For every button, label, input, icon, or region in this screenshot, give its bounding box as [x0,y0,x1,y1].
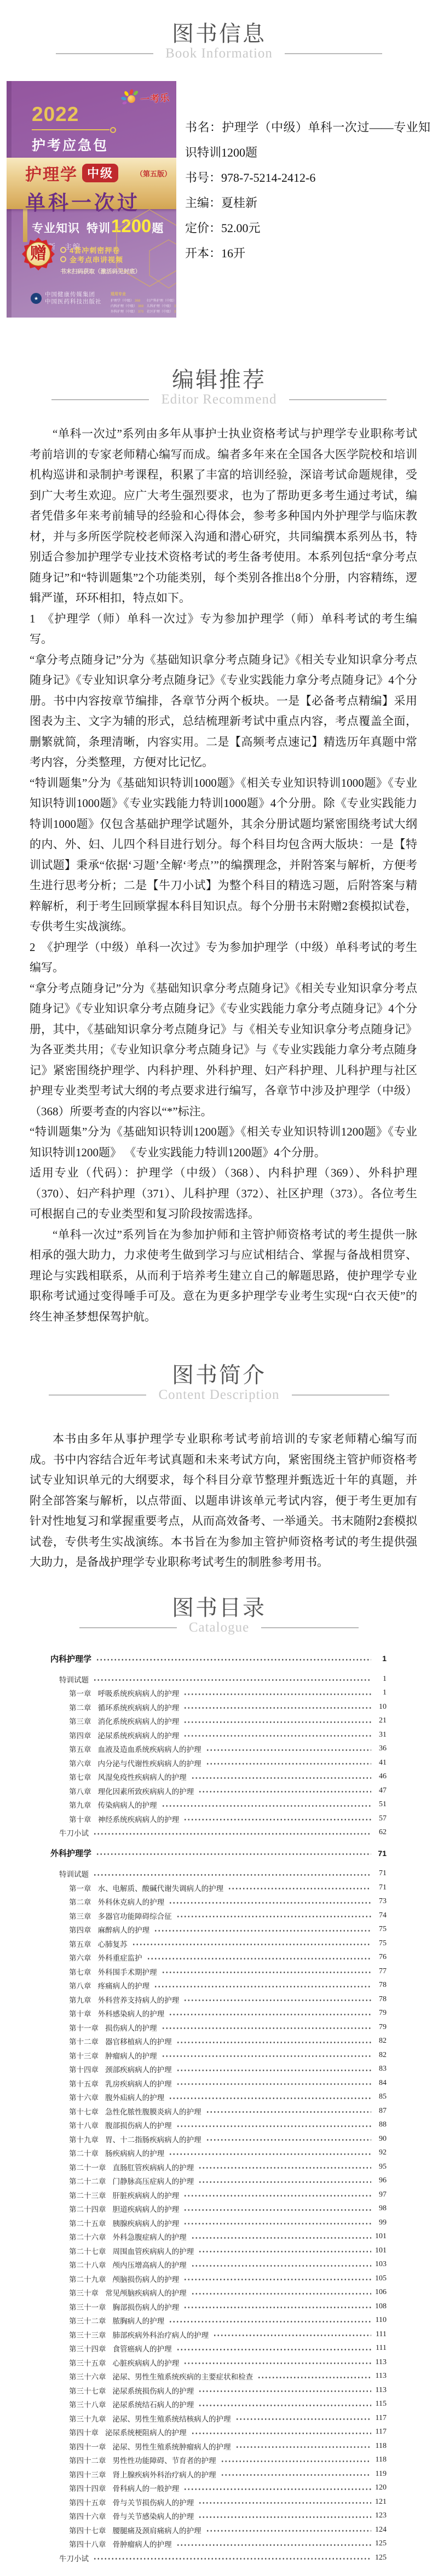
toc-chapter-label: 第四十二章 [69,2454,106,2465]
toc-title: 乳房疾病病人的护理 [105,2078,172,2089]
toc-page-number: 117 [373,2414,387,2423]
toc-row: 第十七章急性化脓性腹膜炎病人的护理87 [50,2104,387,2118]
toc-title: 肿瘤病人的护理 [105,2050,157,2061]
toc-row: 第十四章颈部疾病病人的护理83 [50,2062,387,2077]
toc-page-number: 79 [373,2009,387,2018]
toc-dot-leader [191,2286,371,2300]
section-heading-content-description: 图书简介 Content Description [0,1363,438,1403]
toc-chapter-label: 第七章 [69,1966,91,1977]
toc-page-number: 88 [373,2120,387,2129]
toc-chapter-label: 第二十五章 [69,2217,106,2228]
toc-page-number: 21 [373,1716,387,1725]
toc-row: 第六章内分泌与代谢性疾病病人的护理41 [50,1756,387,1770]
table-of-contents: 内科护理学1特训试题1第一章呼吸系统疾病病人的护理1第二章循环系统疾病病人的护理… [50,1652,387,2565]
toc-dot-leader [169,2007,371,2021]
toc-page-number: 121 [373,2498,387,2506]
toc-page-number: 75 [373,1939,387,1948]
toc-chapter-label: 第六章 [69,1952,91,1963]
toc-row: 第二十三章肝脏疾病病人的护理97 [50,2188,387,2202]
toc-row: 第四章泌尿系统疾病病人的护理31 [50,1728,387,1742]
book-info-section: 一考乐 2022 护考应急包 护理学 中级 （第五版） 单科一次过 专业知识 特… [7,81,438,318]
toc-chapter-label: 第二章 [69,1702,91,1713]
toc-row: 内科护理学1 [50,1652,387,1666]
applicable-item: 外科护理（中级）370 [111,309,143,314]
toc-chapter-label: 第三十六章 [69,2371,106,2382]
toc-title: 外科护理学 [50,1847,91,1859]
toc-row: 第一章水、电解质、酸碱代谢失调病人的护理71 [50,1881,387,1895]
toc-chapter-label: 第三十五章 [69,2357,106,2368]
toc-dot-leader [221,2453,371,2468]
toc-chapter-label: 第四十八章 [69,2538,106,2549]
section-heading-editor-recommend: 编辑推荐 Editor Recommend [0,368,438,407]
toc-row: 第四十八章骨肿瘤病人的护理125 [50,2537,387,2551]
toc-dot-leader [154,1923,371,1937]
toc-chapter-label: 第五章 [69,1938,91,1949]
applicable-item: 妇产科护理（中级）371 [147,298,176,303]
toc-dot-leader [176,2118,371,2133]
heading-divider-left [56,53,153,54]
toc-dot-leader [198,2244,371,2258]
toc-page-number: 118 [373,2456,387,2464]
cover-title-main: 护理学 [25,161,78,185]
toc-title: 呼吸系统疾病病人的护理 [98,1687,180,1698]
toc-dot-leader [257,2370,371,2384]
toc-chapter-label: 第二十九章 [69,2273,106,2284]
toc-dot-leader [132,1937,371,1951]
book-meta-field: 书名：护理学（中级）单科一次过——专业知识特训1200题 [185,115,430,165]
toc-row: 第五章血液及造血系统疾病病人的护理36 [50,1742,387,1756]
cover-gold-band: 护理学 中级 （第五版） 单科一次过 [7,158,176,209]
toc-dot-leader [183,2272,371,2286]
toc-page-number: 83 [373,2065,387,2073]
toc-dot-leader [198,2509,371,2523]
heading-divider-right [261,1627,359,1628]
toc-chapter-label: 第二十三章 [69,2189,106,2200]
toc-title: 直肠肛管疾病病人的护理 [113,2162,194,2172]
recommend-paragraph: “单科一次过”系列由多年从事护士执业资格考试与护理学专业职称考试考前培训的专家老… [30,424,417,609]
toc-chapter-label: 第二十二章 [69,2175,106,2186]
toc-dot-leader [176,2342,371,2356]
toc-page-number: 47 [373,1787,387,1795]
toc-row: 第七章风湿免疫性疾病病人的护理46 [50,1770,387,1784]
toc-title: 心肺复苏 [98,1938,128,1949]
toc-chapter-label: 第二十四章 [69,2203,106,2214]
toc-row: 第二章循环系统疾病病人的护理10 [50,1700,387,1714]
toc-page-number: 73 [373,1897,387,1906]
toc-title: 骨与关节损伤病人的护理 [113,2497,194,2508]
toc-title: 腰腿痛及颈肩痛病人的护理 [113,2525,201,2535]
toc-title: 水、电解质、酸碱代谢失调病人的护理 [98,1882,224,1893]
toc-page-number: 1 [373,1675,387,1684]
toc-chapter-label: 第十五章 [69,2078,99,2089]
toc-title: 颅脑损伤病人的护理 [113,2273,180,2284]
toc-dot-leader [235,2411,371,2425]
section-title-en: Content Description [158,1387,279,1403]
applicable-name: 内科护理（中级） [111,303,137,308]
field-label: 定价： [185,221,221,235]
toc-title: 肾上腺疾病外科治疗病人的护理 [113,2469,216,2480]
toc-page-number: 57 [373,1814,387,1823]
toc-dot-leader [206,2132,371,2146]
section-title-zh: 编辑推荐 [0,368,438,392]
toc-page-number: 77 [373,1967,387,1976]
toc-title: 泌尿系统结石病人的护理 [113,2399,194,2410]
toc-dot-leader [169,2090,371,2105]
toc-row: 第二十五章胰腺疾病病人的护理99 [50,2216,387,2230]
content-description-text: 本书由多年从事护理学专业职称考试考前培训的专家老师精心编写而成。书中内容结合近年… [30,1429,417,1573]
book-meta-field: 定价：52.00元 [185,216,430,241]
toc-title: 多器官功能障碍综合征 [98,1910,172,1921]
toc-title: 腹部损伤病人的护理 [105,2119,172,2130]
toc-page-number: 84 [373,2079,387,2088]
toc-title: 牛刀小试 [59,1827,89,1838]
toc-row: 外科护理学71 [50,1846,387,1860]
toc-row: 第六章外科重症监护76 [50,1951,387,1965]
field-value: 护理学（中级）单科一次过——专业知识特训1200题 [185,120,430,159]
toc-chapter-label: 第四十五章 [69,2497,106,2508]
publisher-name: 中国医药科技出版社 [45,298,102,306]
toc-row: 第三十章常见颅脑疾病病人的护理106 [50,2286,387,2300]
toc-row: 第九章外科营养支持病人的护理78 [50,1992,387,2007]
toc-title: 胃、十二指肠疾病病人的护理 [105,2134,201,2145]
sun-icon [125,91,138,105]
recommend-paragraph: “单科一次过”系列旨在为参加护师和主管护师资格考试的考生提供一脉相承的强大助力，… [30,1225,417,1328]
toc-row: 第八章疼痛病人的护理78 [50,1979,387,1993]
edition-label: （第五版） [136,168,171,178]
toc-dot-leader [183,2202,371,2216]
toc-title: 外科围手术期护理 [98,1966,157,1977]
toc-row: 第三十一章胸部损伤病人的护理108 [50,2300,387,2314]
heading-divider-right [285,53,382,54]
toc-dot-leader [206,1742,371,1756]
toc-dot-leader [206,2523,371,2537]
toc-row: 第八章理化因素所致疾病病人的护理47 [50,1784,387,1798]
toc-title: 外科重症监护 [98,1952,142,1963]
toc-chapter-label: 第三十二章 [69,2315,106,2326]
toc-title: 骨与关节感染病人的护理 [113,2510,194,2521]
section-title-zh: 图书简介 [0,1363,438,1387]
toc-row: 第四十章泌尿系统梗阻病人的护理117 [50,2425,387,2440]
toc-page-number: 125 [373,2539,387,2548]
heading-divider-left [51,399,149,400]
toc-chapter-label: 第十六章 [69,2091,99,2102]
toc-title: 损伤病人的护理 [105,2022,157,2033]
toc-row: 第三十七章泌尿系统损伤病人的护理113 [50,2383,387,2398]
applicable-code: 368 [135,299,140,303]
toc-title: 肺部疾病外科治疗病人的护理 [113,2329,209,2340]
toc-title: 泌尿、男性生殖系统疾病的主要症状和检查 [113,2371,253,2382]
editor-recommend-text: “单科一次过”系列由多年从事护士执业资格考试与护理学专业职称考试考前培训的专家老… [30,424,417,1327]
toc-row: 第十九章胃、十二指肠疾病病人的护理90 [50,2132,387,2146]
toc-page-number: 1 [373,1654,387,1663]
toc-row: 第五章心肺复苏75 [50,1937,387,1951]
applicable-item: 儿科护理（中级）372 [147,303,176,308]
toc-chapter-label: 第四章 [69,1924,91,1935]
toc-row: 第四十一章泌尿、男性生殖系统肿瘤病人的护理118 [50,2439,387,2453]
toc-title: 食管癌病人的护理 [113,2343,172,2354]
toc-row: 第二十章肠疾病病人的护理92 [50,2146,387,2160]
toc-page-number: 71 [373,1883,387,1892]
toc-row: 第二十八章颅内压增高病人的护理103 [50,2258,387,2272]
toc-dot-leader [93,1672,371,1686]
field-label: 书名： [185,120,222,134]
toc-row: 第十二章器官移植病人的护理82 [50,2035,387,2049]
toc-title: 内科护理学 [50,1653,91,1664]
toc-chapter-label: 第三章 [69,1910,91,1921]
toc-dot-leader [198,2383,371,2398]
toc-title: 麻醉病人的护理 [98,1924,150,1935]
toc-dot-leader [183,2216,371,2230]
toc-dot-leader [228,1881,371,1895]
toc-page-number: 41 [373,1759,387,1767]
toc-title: 心脏疾病病人的护理 [113,2357,180,2368]
toc-chapter-label: 第十二章 [69,2036,99,2047]
toc-dot-leader [162,2020,371,2035]
toc-dot-leader [93,2551,371,2565]
toc-title: 周围血管疾病病人的护理 [113,2245,194,2256]
heading-divider-left [79,1627,177,1628]
toc-dot-leader [93,1867,371,1881]
toc-chapter-label: 第五章 [69,1743,91,1754]
toc-row: 第十八章腹部损伤病人的护理88 [50,2118,387,2133]
toc-row: 第三章多器官功能障碍综合征74 [50,1909,387,1923]
publisher-logo-icon: ★ [31,293,42,304]
toc-chapter-label: 第三十三章 [69,2329,106,2340]
toc-title: 疼痛病人的护理 [98,1980,150,1991]
toc-dot-leader [191,1770,371,1784]
book-meta-field: 书号：978-7-5214-2412-6 [185,165,430,191]
toc-row: 第二十七章周围血管疾病病人的护理101 [50,2244,387,2258]
toc-row: 第四十三章肾上腺疾病外科治疗病人的护理119 [50,2467,387,2481]
toc-title: 外科急腹症病人的护理 [113,2231,187,2242]
gift-list: 4套冲刺密押卷金考点串讲视频 书末扫码获取（激活码见封底） [60,245,170,275]
toc-dot-leader [176,1909,371,1923]
gift-badge-char: 赠 [30,246,47,262]
toc-row: 第二十四章胆道疾病病人的护理98 [50,2202,387,2216]
toc-page-number: 96 [373,2176,387,2185]
publisher-group: 中国健康传媒集团 [45,291,102,298]
toc-dot-leader [213,2327,371,2342]
toc-title: 门静脉高压症病人的护理 [113,2175,194,2186]
toc-page-number: 78 [373,1981,387,1990]
gift-note: 书末扫码获取（激活码见封底） [60,267,170,275]
publisher-block: ★ 中国健康传媒集团 中国医药科技出版社 [31,291,102,306]
toc-dot-leader [176,2062,371,2077]
applicable-code: 373 [174,310,176,314]
toc-chapter-label: 第三十一章 [69,2301,106,2312]
toc-chapter-label: 第九章 [69,1799,91,1810]
toc-dot-leader [198,2495,371,2509]
toc-page-number: 101 [373,2246,387,2255]
section-title-zh: 图书目录 [0,1596,438,1620]
section-title-zh: 图书信息 [0,22,438,46]
toc-chapter-label: 第六章 [69,1757,91,1768]
toc-row: 第二章外科休克病人的护理73 [50,1895,387,1909]
toc-chapter-label: 第十四章 [69,2064,99,2074]
toc-row: 第三十二章脓胸病人的护理110 [50,2314,387,2328]
toc-dot-leader [162,1964,371,1979]
description-paragraph: 本书由多年从事护理学专业职称考试考前培训的专家老师精心编写而成。书中内容结合近年… [30,1429,417,1573]
field-value: 16开 [221,246,245,260]
toc-row: 第一章呼吸系统疾病病人的护理1 [50,1686,387,1701]
toc-dot-leader [183,1992,371,2007]
toc-page-number: 78 [373,1995,387,2004]
toc-dot-leader [176,2537,371,2551]
cover-subject: 专业知识 [32,220,80,236]
applicable-name: 护理学（中级） [111,298,134,303]
field-label: 主编： [185,196,221,210]
toc-row: 第三十三章肺部疾病外科治疗病人的护理111 [50,2327,387,2342]
applicable-title: 适用专业 [111,291,172,297]
toc-row: 第十章神经系统疾病病人的护理57 [50,1812,387,1826]
toc-title: 常见颅脑疾病病人的护理 [105,2287,187,2298]
toc-row: 第三十四章食管癌病人的护理111 [50,2342,387,2356]
recommend-paragraph: 适用专业（代码）：护理学（中级）（368）、内科护理（369）、外科护理（370… [30,1163,417,1225]
section-title-en: Editor Recommend [161,392,276,407]
toc-dot-leader [176,2035,371,2049]
cover-series-title: 护考应急包 [32,135,108,154]
recommend-paragraph: “拿分考点随身记”分为《基础知识拿分考点随身记》《相关专业知识拿分考点随身记》《… [30,650,417,773]
toc-title: 腹外疝病人的护理 [105,2091,164,2102]
gift-item: 金考点串讲视频 [60,255,170,264]
toc-page-number: 71 [373,1849,387,1858]
field-label: 开本： [185,246,221,260]
toc-chapter-label: 第二十六章 [69,2231,106,2242]
applicable-name: 儿科护理（中级） [147,303,173,308]
toc-chapter-label: 第一章 [69,1687,91,1698]
level-badge: 中级 [82,164,118,182]
toc-page-number: 46 [373,1772,387,1781]
recommend-paragraph: “拿分考点随身记”分为《基础知识拿分考点随身记》《相关专业知识拿分考点随身记》《… [30,978,417,1122]
toc-dot-leader [183,1812,371,1826]
toc-chapter-label: 第四十七章 [69,2525,106,2535]
applicable-majors: 适用专业 护理学（中级）368妇产科护理（中级）371内科护理（中级）369儿科… [111,291,172,314]
toc-chapter-label: 第四十四章 [69,2482,106,2493]
toc-title: 肝脏疾病病人的护理 [113,2189,180,2200]
toc-chapter-label: 第二十七章 [69,2245,106,2256]
toc-chapter-label: 第三章 [69,1715,91,1726]
toc-dot-leader [183,1728,371,1742]
toc-title: 外科休克病人的护理 [98,1896,165,1907]
gift-text: 金考点串讲视频 [70,254,123,264]
toc-row: 特训试题1 [50,1672,387,1686]
toc-page-number: 36 [373,1744,387,1753]
heading-divider-left [49,1394,146,1396]
toc-page-number: 1 [373,1688,387,1697]
toc-chapter-label: 第三十七章 [69,2385,106,2396]
cover-year: 2022 [32,103,79,126]
toc-dot-leader [198,2398,371,2412]
toc-row: 第二十九章颅脑损伤病人的护理105 [50,2272,387,2286]
toc-row: 第三十五章心脏疾病病人的护理113 [50,2355,387,2370]
toc-dot-leader [183,1700,371,1714]
toc-chapter-label: 第十三章 [69,2050,99,2061]
toc-page-number: 62 [373,1828,387,1837]
toc-title: 外科感染病人的护理 [98,2008,165,2019]
toc-row: 特训试题71 [50,1867,387,1881]
toc-row: 第三十六章泌尿、男性生殖系统疾病的主要症状和检查113 [50,2370,387,2384]
toc-title: 循环系统疾病病人的护理 [98,1702,180,1713]
toc-dot-leader [183,1714,371,1728]
toc-dot-leader [191,2230,371,2244]
book-meta-field: 开本：16开 [185,241,430,266]
toc-row: 第十三章肿瘤病人的护理82 [50,2048,387,2062]
toc-row: 第四十六章骨与关节感染病人的护理123 [50,2509,387,2523]
toc-page-number: 85 [373,2093,387,2101]
toc-page-number: 113 [373,2358,387,2367]
applicable-name: 外科护理（中级） [111,309,137,314]
toc-page-number: 117 [373,2428,387,2436]
toc-chapter-label: 第十章 [69,1813,91,1824]
toc-title: 风湿免疫性疾病病人的护理 [98,1771,187,1782]
toc-title: 外科营养支持病人的护理 [98,1994,180,2005]
toc-title: 器官移植病人的护理 [105,2036,172,2047]
toc-chapter-label: 第二十一章 [69,2162,106,2172]
toc-title: 内分泌与代谢性疾病病人的护理 [98,1757,201,1768]
toc-page-number: 123 [373,2511,387,2520]
toc-page-number: 111 [373,2330,387,2339]
toc-chapter-label: 第四十章 [69,2427,99,2437]
toc-page-number: 97 [373,2191,387,2199]
toc-row: 第三十八章泌尿系统结石病人的护理115 [50,2398,387,2412]
applicable-code: 372 [174,305,176,308]
brand-logo: 一考乐 [125,91,170,105]
toc-row: 第四十四章骨科病人的一般护理120 [50,2481,387,2496]
book-meta-fields: 书名：护理学（中级）单科一次过——专业知识特训1200题书号：978-7-521… [185,81,430,318]
toc-title: 颈部疾病病人的护理 [105,2064,172,2074]
circle-bullet-icon [60,256,66,262]
toc-chapter-label: 第八章 [69,1980,91,1991]
toc-chapter-label: 第十章 [69,2008,91,2019]
toc-title: 胰腺疾病病人的护理 [113,2217,180,2228]
toc-title: 急性化脓性腹膜炎病人的护理 [105,2106,201,2117]
toc-dot-leader [169,2146,371,2160]
toc-page-number: 74 [373,1911,387,1920]
toc-dot-leader [221,2467,371,2481]
toc-title: 男性性功能障碍、节育者的护理 [113,2454,216,2465]
toc-title: 脓胸病人的护理 [113,2315,165,2326]
toc-title: 胆道疾病病人的护理 [113,2203,180,2214]
field-label: 书号： [185,171,221,185]
circle-bullet-icon [60,247,66,253]
toc-row: 牛刀小试125 [50,2551,387,2565]
toc-dot-leader [176,2076,371,2090]
toc-title: 传染病病人的护理 [98,1799,157,1810]
toc-dot-leader [162,2048,371,2062]
toc-dot-leader [183,1686,371,1701]
toc-dot-leader [198,2160,371,2174]
heading-divider-right [289,399,387,400]
toc-row: 第二十六章外科急腹症病人的护理101 [50,2230,387,2244]
toc-row: 第四十二章男性性功能障碍、节育者的护理118 [50,2453,387,2468]
toc-title: 肠疾病病人的护理 [105,2147,164,2158]
toc-title: 神经系统疾病病人的护理 [98,1813,180,1824]
toc-page-number: 111 [373,2344,387,2353]
book-cover-image: 一考乐 2022 护考应急包 护理学 中级 （第五版） 单科一次过 专业知识 特… [7,81,176,318]
toc-dot-leader [169,2314,371,2328]
toc-page-number: 118 [373,2442,387,2451]
toc-dot-leader [191,2425,371,2440]
toc-title: 泌尿系统梗阻病人的护理 [105,2427,187,2437]
toc-chapter-label: 第三十八章 [69,2399,106,2410]
recommend-paragraph: “特训题集”分为《基础知识特训1200题》《相关专业知识特训1200题》《专业知… [30,1122,417,1163]
toc-page-number: 92 [373,2148,387,2157]
toc-chapter-label: 第十八章 [69,2119,99,2130]
toc-dot-leader [183,2355,371,2370]
toc-title: 泌尿、男性生殖系统肿瘤病人的护理 [113,2441,231,2452]
toc-page-number: 108 [373,2302,387,2311]
toc-dot-leader [96,1652,371,1666]
